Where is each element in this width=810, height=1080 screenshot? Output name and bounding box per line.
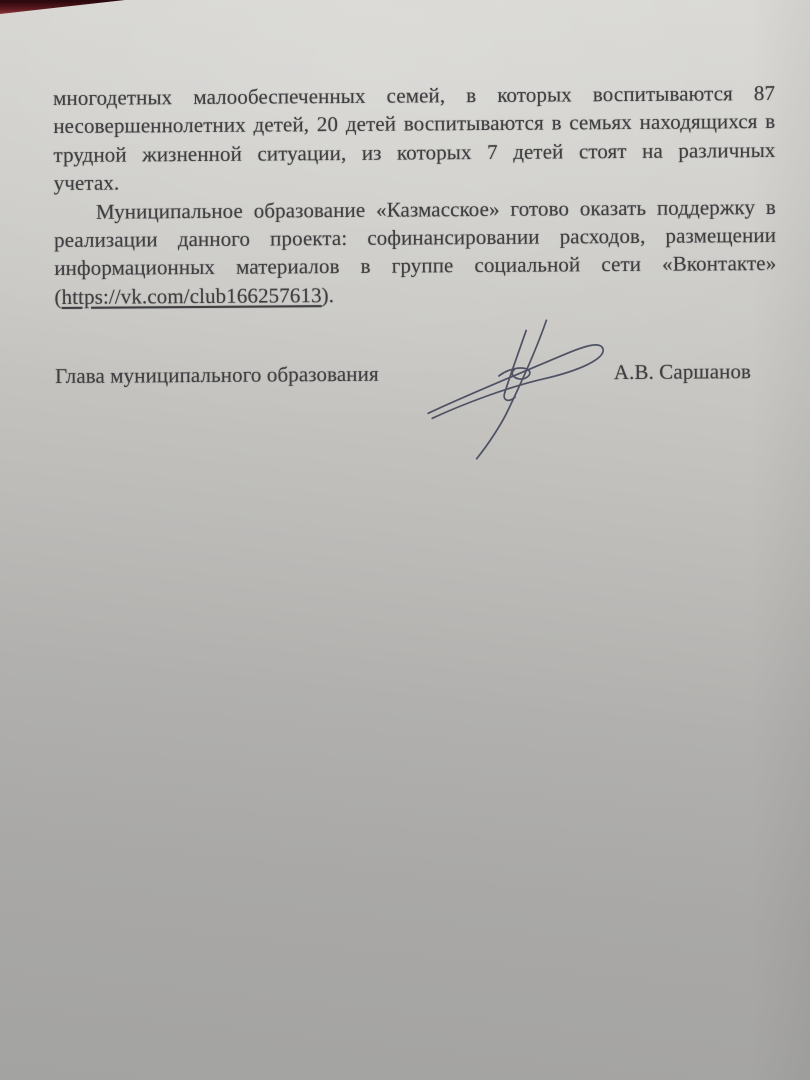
- paragraph-municipality-support: Муниципальное образование «Казмасское» г…: [54, 193, 777, 312]
- signature-loop-stroke: [428, 345, 603, 418]
- handwritten-signature: [408, 308, 610, 460]
- vk-group-url: https://vk.com/club166257613: [61, 283, 321, 309]
- paragraph-families: многодетных малообеспеченных семей, в ко…: [53, 79, 776, 198]
- signature-tail-flick: [504, 392, 515, 400]
- link-line: (https://vk.com/club166257613).: [54, 278, 776, 311]
- signature-main-stroke: [477, 320, 547, 458]
- link-close-paren: ).: [322, 283, 335, 307]
- signature-parallel-stroke: [505, 330, 526, 392]
- text-line: трудной жизненной ситуации, из которых 7…: [53, 136, 775, 169]
- scanned-document-photo: многодетных малообеспеченных семей, в ко…: [0, 0, 810, 1080]
- backdrop-corner-shape: [0, 0, 125, 16]
- text-line: информационных материалов в группе социа…: [54, 249, 776, 282]
- signature-name: А.В. Саршанов: [614, 357, 777, 387]
- signature-title: Глава муниципального образования: [55, 360, 379, 391]
